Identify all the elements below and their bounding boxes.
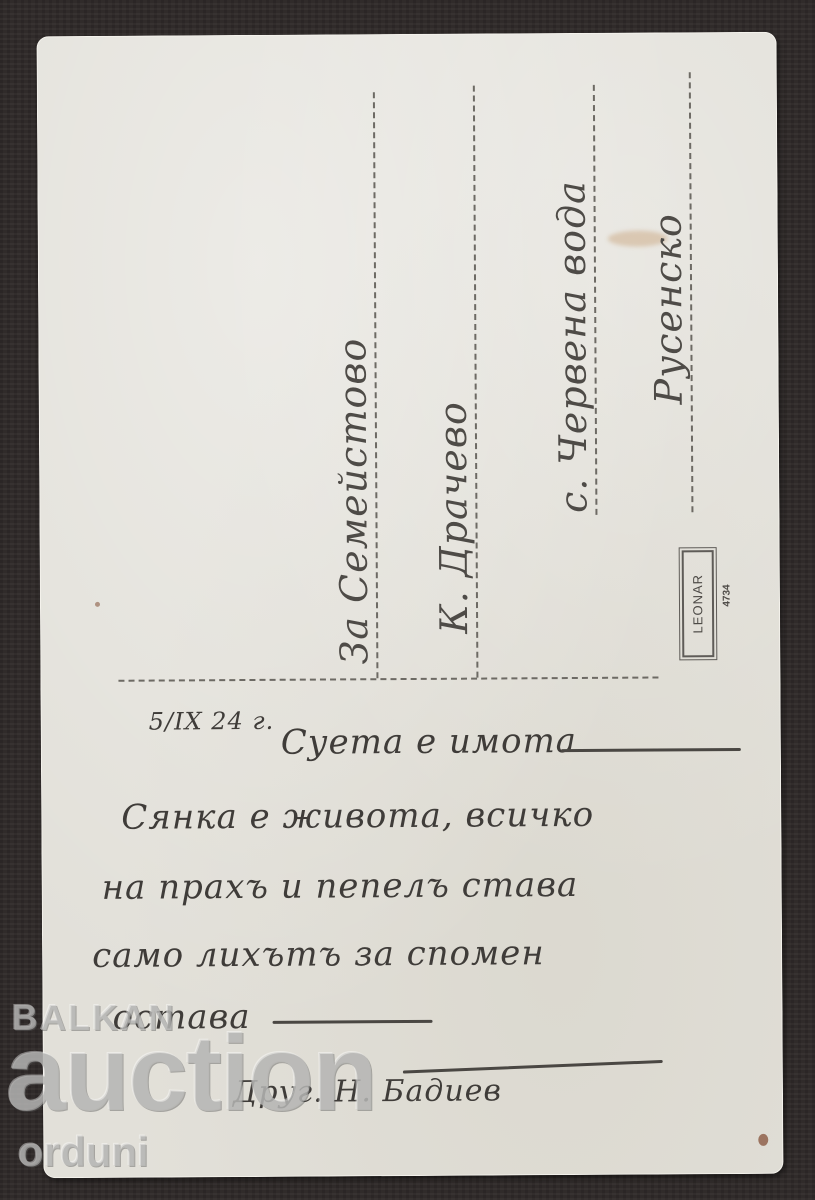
address-line-4: Русенско: [646, 213, 691, 405]
watermark-orduni: orduni: [18, 1128, 149, 1176]
message-line-1: Суета е имота: [281, 721, 577, 763]
paper-spot: [758, 1134, 768, 1146]
message-line-2: Сянка е живота, всичко: [121, 795, 594, 838]
message-date: 5/IX 24 г.: [149, 707, 275, 736]
paper-spot: [95, 602, 100, 607]
address-line-1: За Семейстово: [330, 338, 376, 665]
message-line-4: само лихътъ за спомен: [92, 933, 545, 976]
message-line-3: на прахъ и пепелъ става: [102, 865, 579, 908]
address-line-2: К. Драчево: [431, 401, 476, 634]
publisher-logo: LEONAR: [682, 550, 715, 657]
message-divider: [118, 676, 658, 681]
publisher-mark: LEONAR 4734: [682, 550, 713, 655]
publisher-name: LEONAR: [690, 574, 705, 634]
watermark-auction: auction: [6, 1010, 376, 1135]
pen-flourish: [561, 748, 741, 752]
address-line-3: с. Червена вода: [549, 180, 595, 513]
pen-flourish: [403, 1060, 663, 1074]
publisher-number: 4734: [722, 584, 733, 606]
